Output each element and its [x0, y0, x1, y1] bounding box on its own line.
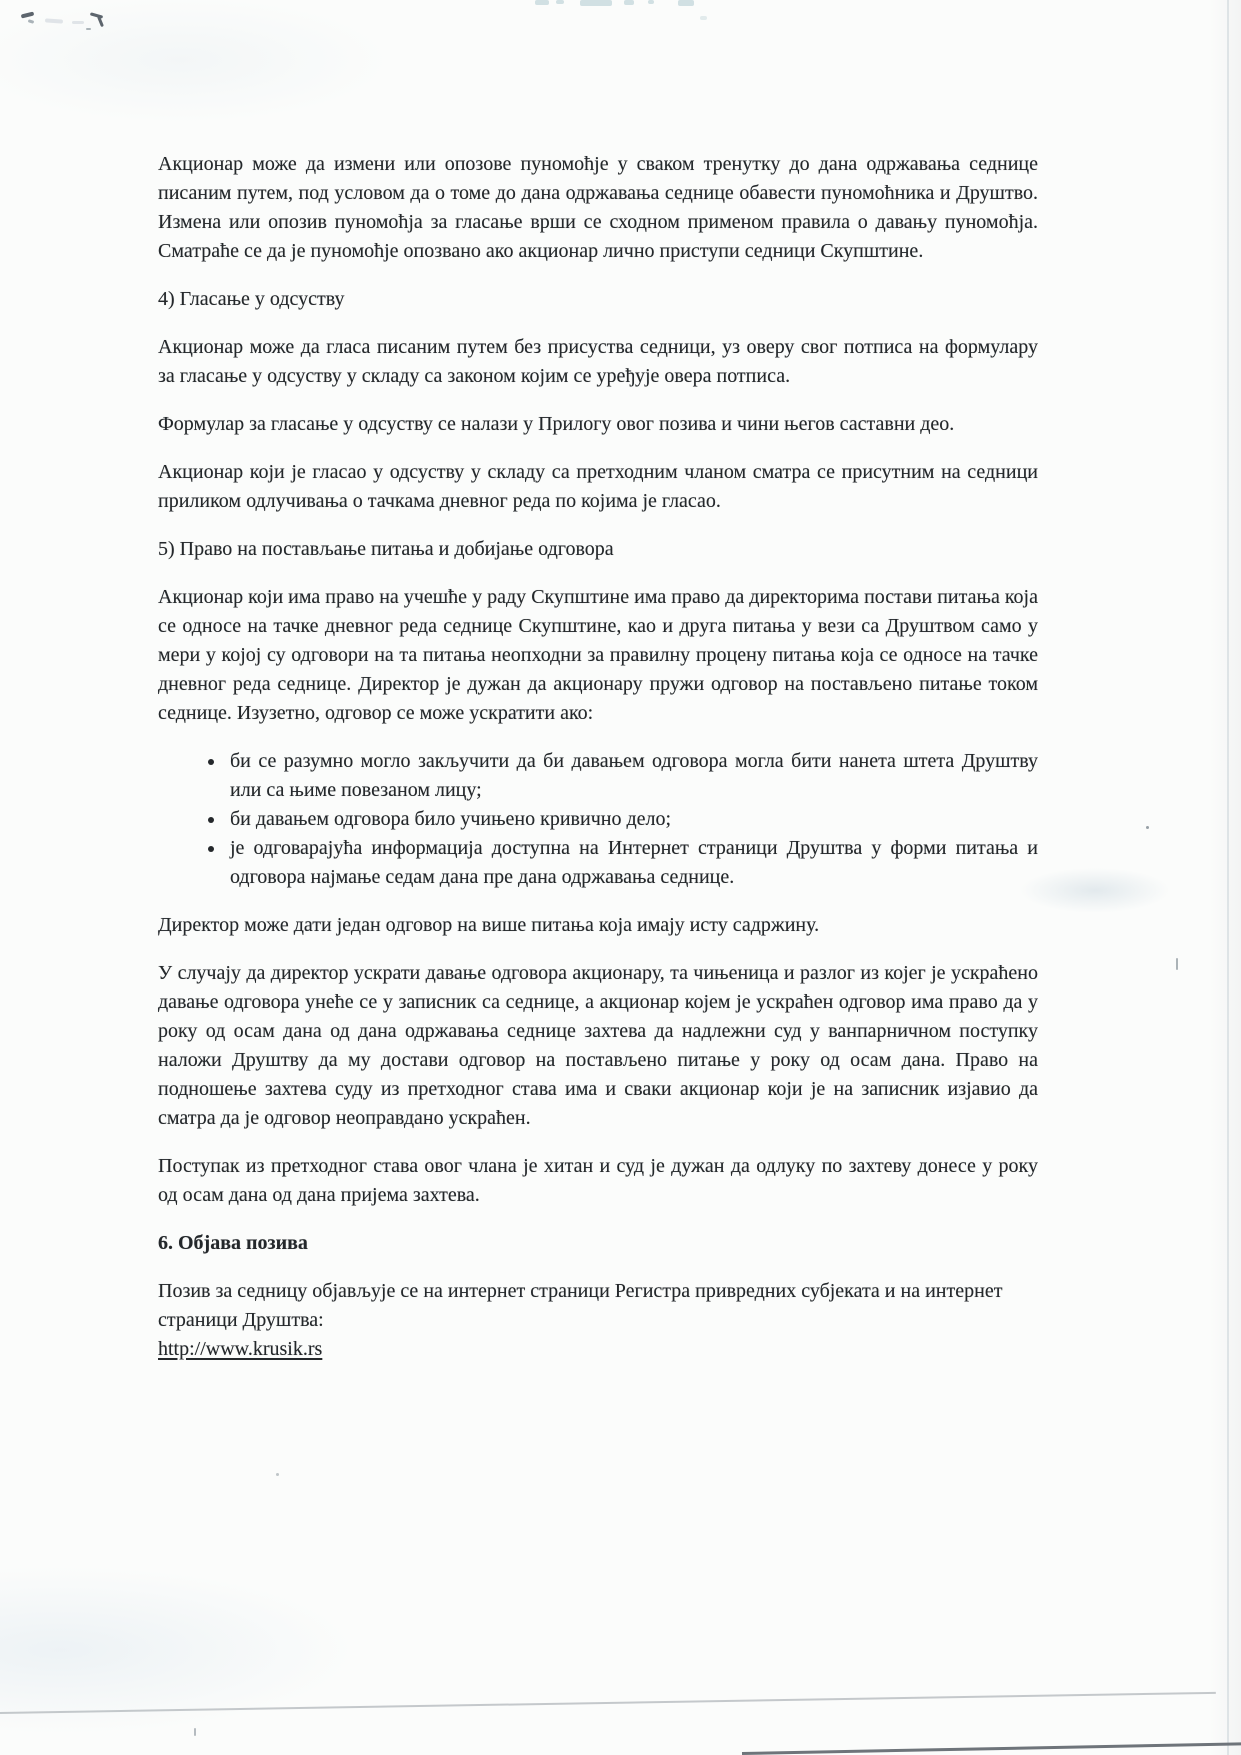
scan-artifact-ghosting: [1020, 868, 1170, 913]
heading-voting-in-absentia: 4) Гласање у одсуству: [158, 285, 1038, 314]
scan-artifact-ink-mark: [90, 12, 103, 18]
list-item: би се разумно могло закључити да би дава…: [226, 747, 1038, 805]
scan-artifact-ink-mark: [21, 11, 35, 18]
scan-artifact-edge-smudge: [648, 0, 654, 4]
scan-artifact-edge-smudge: [580, 0, 612, 6]
paragraph-publication: Позив за седницу објављује се на интерне…: [158, 1277, 1038, 1364]
paragraph-court-procedure: У случају да директор ускрати давање одг…: [158, 959, 1038, 1133]
scanned-document-page: Акционар може да измени или опозове пуно…: [0, 0, 1241, 1755]
paragraph-voting-written: Акционар може да гласа писаним путем без…: [158, 333, 1038, 391]
krusik-website-link: http://www.krusik.rs: [158, 1335, 1038, 1364]
paragraph-right-to-questions: Акционар који има право на учешће у раду…: [158, 583, 1038, 728]
scan-artifact-smudge: [45, 18, 63, 23]
scan-artifact-ink-mark: [28, 19, 35, 24]
scan-artifact-edge-smudge: [556, 0, 564, 4]
paragraph-absentia-presence: Акционар који је гласао у одсуству у скл…: [158, 458, 1038, 516]
scan-artifact-tick: [194, 1728, 196, 1736]
withhold-answer-list: би се разумно могло закључити да би дава…: [158, 747, 1038, 892]
paragraph-form-attachment: Формулар за гласање у одсуству се налази…: [158, 410, 1038, 439]
scan-artifact-tick: [1176, 958, 1178, 970]
scan-artifact-dot: [276, 1473, 279, 1476]
scan-artifact-edge-smudge: [678, 0, 694, 6]
scan-artifact-paper-edge-line: [742, 1742, 1241, 1755]
scan-artifact-smudge: [72, 21, 84, 24]
list-item: је одговарајућа информација доступна на …: [226, 834, 1038, 892]
scan-artifact-vertical-line: [1227, 0, 1229, 1755]
scan-artifact-dot: [1146, 826, 1149, 829]
paragraph-proxy-revocation: Акционар може да измени или опозове пуно…: [158, 150, 1038, 266]
scan-artifact-ink-mark: [97, 16, 104, 27]
paragraph-single-answer: Директор може дати један одговор на више…: [158, 911, 1038, 940]
heading-right-to-questions: 5) Право на постављање питања и добијање…: [158, 535, 1038, 564]
heading-publication: 6. Објава позива: [158, 1229, 1038, 1258]
paragraph-urgent-procedure: Поступак из претходног става овог члана …: [158, 1152, 1038, 1210]
scan-artifact-edge-smudge: [624, 0, 634, 5]
scan-artifact-paper-edge-line: [0, 1692, 1216, 1714]
list-item: би давањем одговора било учињено кривичн…: [226, 805, 1038, 834]
document-body: Акционар може да измени или опозове пуно…: [158, 150, 1038, 1383]
publication-text: Позив за седницу објављује се на интерне…: [158, 1280, 1002, 1331]
scan-artifact-ink-mark: [86, 28, 91, 30]
scan-artifact-edge-smudge: [700, 16, 707, 20]
scan-artifact-edge-smudge: [535, 0, 549, 5]
